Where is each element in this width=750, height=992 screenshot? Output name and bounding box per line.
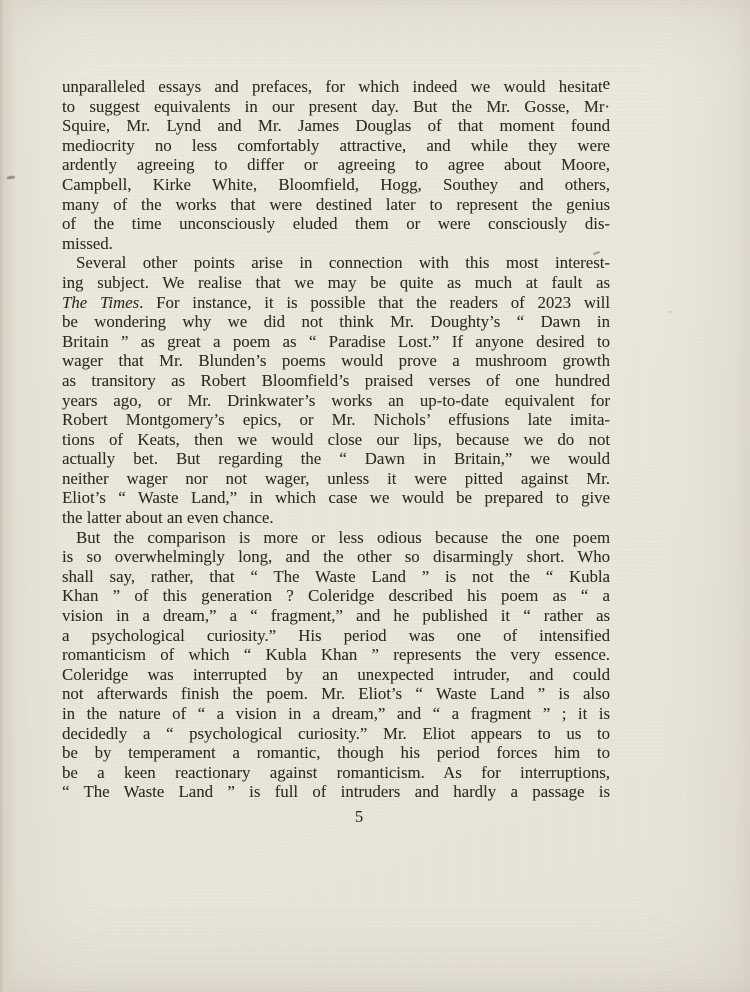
text-segment: missed.	[62, 234, 113, 253]
raised-letter: e	[603, 74, 610, 93]
text-segment: years ago, or Mr. Drinkwater’s works an …	[62, 391, 610, 410]
text-segment: as transitory as Robert Bloomfield’s pra…	[62, 371, 610, 390]
text-segment: But the comparison is more or less odiou…	[76, 528, 610, 547]
paragraph: unparalleled essays and prefaces, for wh…	[62, 77, 610, 253]
text-line: decidedly a “ psychological curiosity.” …	[62, 724, 610, 744]
text-line: unparalleled essays and prefaces, for wh…	[62, 77, 610, 97]
text-segment: “ The Waste Land ” is full of intruders …	[62, 782, 610, 801]
text-segment: shall say, rather, that “ The Waste Land…	[62, 567, 610, 586]
text-line: “ The Waste Land ” is full of intruders …	[62, 782, 610, 802]
text-line: romanticism of which “ Kubla Khan ” repr…	[62, 645, 610, 665]
text-line: a psychological curiosity.” His period w…	[62, 626, 610, 646]
text-line: Robert Montgomery’s epics, or Mr. Nichol…	[62, 410, 610, 430]
text-line: missed.	[62, 234, 610, 254]
text-segment: Robert Montgomery’s epics, or Mr. Nichol…	[62, 410, 610, 429]
text-line: Several other points arise in connection…	[62, 253, 610, 273]
text-segment: neither wager nor not wager, unless it w…	[62, 469, 610, 488]
text-line: years ago, or Mr. Drinkwater’s works an …	[62, 391, 610, 411]
text-segment: vision in a dream,” a “ fragment,” and h…	[62, 606, 610, 625]
text-line: be by temperament a romantic, though his…	[62, 743, 610, 763]
text-segment: in the nature of “ a vision in a dream,”…	[62, 704, 610, 723]
text-line: the latter about an even chance.	[62, 508, 610, 528]
text-segment: romanticism of which “ Kubla Khan ” repr…	[62, 645, 610, 664]
text-line: Khan ” of this generation ? Coleridge de…	[62, 586, 610, 606]
text-segment: ing subject. We realise that we may be q…	[62, 273, 610, 292]
text-segment: . For instance, it is possible that the …	[139, 293, 610, 312]
text-line: as transitory as Robert Bloomfield’s pra…	[62, 371, 610, 391]
text-segment: wager that Mr. Blunden’s poems would pro…	[62, 351, 610, 370]
text-segment: to suggest equivalents in our present da…	[62, 97, 610, 116]
text-segment: tions of Keats, then we would close our …	[62, 430, 610, 449]
text-segment: decidedly a “ psychological curiosity.” …	[62, 724, 610, 743]
text-line: not afterwards finish the poem. Mr. Elio…	[62, 684, 610, 704]
text-line: The Times. For instance, it is possible …	[62, 293, 610, 313]
text-segment: many of the works that were destined lat…	[62, 195, 610, 214]
text-segment: mediocrity no less comfortably attractiv…	[62, 136, 610, 155]
text-line: Britain ” as great a poem as “ Paradise …	[62, 332, 610, 352]
text-segment: actually bet. But regarding the “ Dawn i…	[62, 449, 610, 468]
italic-text: The Times	[62, 293, 139, 312]
text-segment: ardently agreeing to differ or agreeing …	[62, 155, 610, 174]
text-line: be wondering why we did not think Mr. Do…	[62, 312, 610, 332]
text-segment: Campbell, Kirke White, Bloomfield, Hogg,…	[62, 175, 610, 194]
text-segment: Squire, Mr. Lynd and Mr. James Douglas o…	[62, 116, 610, 135]
text-block: unparalleled essays and prefaces, for wh…	[62, 77, 610, 802]
text-segment: Coleridge was interrupted by an unexpect…	[62, 665, 610, 684]
text-line: vision in a dream,” a “ fragment,” and h…	[62, 606, 610, 626]
text-segment: is so overwhelmingly long, and the other…	[62, 547, 610, 566]
scanned-book-page: { "page": { "folio": "5", "ink_color": "…	[0, 0, 750, 992]
text-line: be a keen reactionary against romanticis…	[62, 763, 610, 783]
text-line: ing subject. We realise that we may be q…	[62, 273, 610, 293]
text-segment: Khan ” of this generation ? Coleridge de…	[62, 586, 610, 605]
page-gutter-shadow	[0, 0, 18, 992]
text-line: Campbell, Kirke White, Bloomfield, Hogg,…	[62, 175, 610, 195]
text-segment: a psychological curiosity.” His period w…	[62, 626, 610, 645]
text-line: to suggest equivalents in our present da…	[62, 97, 610, 117]
text-line: tions of Keats, then we would close our …	[62, 430, 610, 450]
text-line: is so overwhelmingly long, and the other…	[62, 547, 610, 567]
text-segment: not afterwards finish the poem. Mr. Elio…	[62, 684, 610, 703]
text-segment: Eliot’s “ Waste Land,” in which case we …	[62, 488, 610, 507]
text-line: actually bet. But regarding the “ Dawn i…	[62, 449, 610, 469]
paragraph: But the comparison is more or less odiou…	[62, 528, 610, 802]
text-line: in the nature of “ a vision in a dream,”…	[62, 704, 610, 724]
paragraph: Several other points arise in connection…	[62, 253, 610, 527]
text-line: Coleridge was interrupted by an unexpect…	[62, 665, 610, 685]
text-line: many of the works that were destined lat…	[62, 195, 610, 215]
text-segment: of the time unconsciously eluded them or…	[62, 214, 610, 233]
text-line: neither wager nor not wager, unless it w…	[62, 469, 610, 489]
scan-speck	[669, 311, 671, 313]
text-line: shall say, rather, that “ The Waste Land…	[62, 567, 610, 587]
text-line: Squire, Mr. Lynd and Mr. James Douglas o…	[62, 116, 610, 136]
text-line: of the time unconsciously eluded them or…	[62, 214, 610, 234]
text-segment: Several other points arise in connection…	[76, 253, 610, 272]
text-segment: the latter about an even chance.	[62, 508, 274, 527]
text-line: mediocrity no less comfortably attractiv…	[62, 136, 610, 156]
text-segment: be by temperament a romantic, though his…	[62, 743, 610, 762]
text-segment: unparalleled essays and prefaces, for wh…	[62, 77, 603, 96]
text-segment: be wondering why we did not think Mr. Do…	[62, 312, 610, 331]
text-line: Eliot’s “ Waste Land,” in which case we …	[62, 488, 610, 508]
text-segment: be a keen reactionary against romanticis…	[62, 763, 610, 782]
text-line: ardently agreeing to differ or agreeing …	[62, 155, 610, 175]
text-line: But the comparison is more or less odiou…	[62, 528, 610, 548]
text-segment: Britain ” as great a poem as “ Paradise …	[62, 332, 610, 351]
page-number: 5	[339, 807, 379, 827]
text-line: wager that Mr. Blunden’s poems would pro…	[62, 351, 610, 371]
